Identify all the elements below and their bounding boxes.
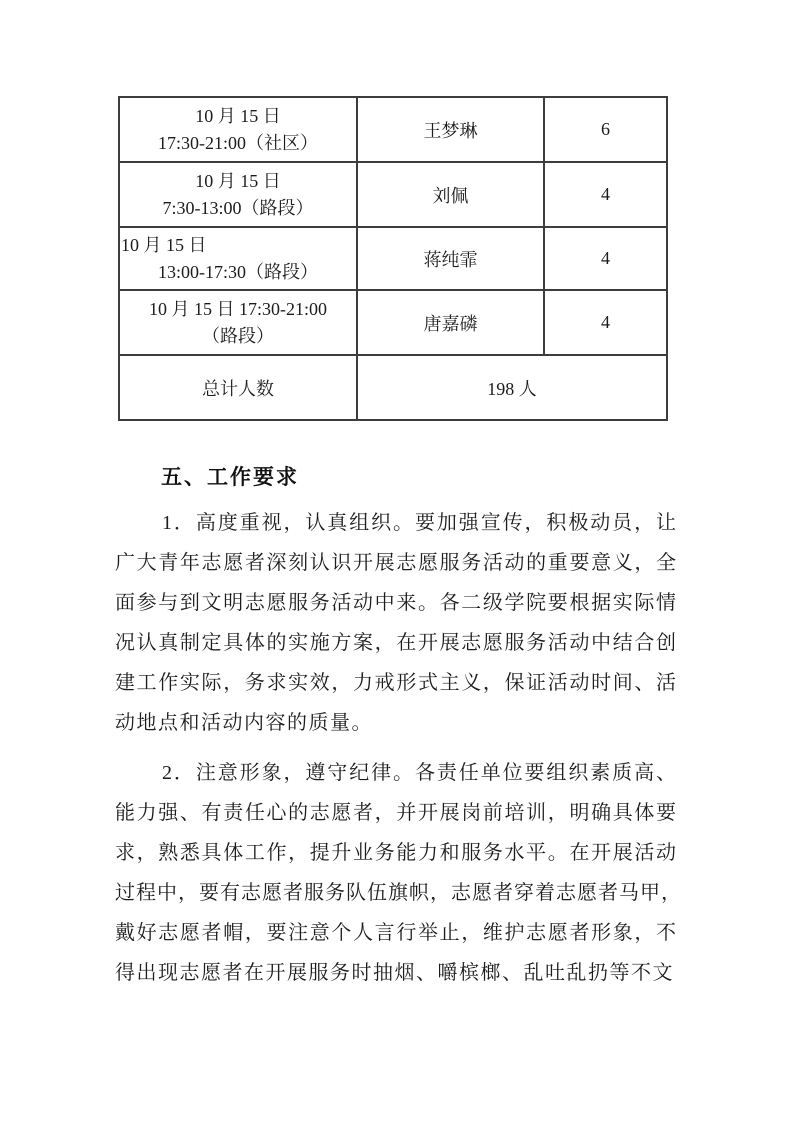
- text-line: 动地点和活动内容的质量。: [115, 703, 677, 743]
- total-label-cell: 总计人数: [119, 355, 357, 420]
- text-line: 能力强、有责任心的志愿者，并开展岗前培训，明确具体要: [115, 793, 677, 833]
- leader-name-cell: 王梦琳: [357, 97, 544, 162]
- table-row: 10 月 15 日 17:30-21:00（社区） 王梦琳 6: [119, 97, 667, 162]
- leader-name-cell: 唐嘉磷: [357, 290, 544, 355]
- text-line: 建工作实际，务求实效，力戒形式主义，保证活动时间、活: [115, 663, 677, 703]
- text-line: 广大青年志愿者深刻认识开展志愿服务活动的重要意义，全: [115, 543, 677, 583]
- time-slot-cell: 10 月 15 日 7:30-13:00（路段）: [119, 162, 357, 227]
- count-cell: 4: [544, 162, 667, 227]
- time-range: 17:30-21:00（社区）: [120, 130, 356, 157]
- time-slot-cell: 10 月 15 日 17:30-21:00 （路段）: [119, 290, 357, 355]
- document-page: 10 月 15 日 17:30-21:00（社区） 王梦琳 6 10 月 15 …: [0, 0, 793, 1122]
- paragraph-2: 2．注意形象，遵守纪律。各责任单位要组织素质高、能力强、有责任心的志愿者，并开展…: [115, 753, 677, 993]
- time-range: （路段）: [120, 323, 356, 350]
- time-range: 7:30-13:00（路段）: [120, 195, 356, 222]
- time-date: 10 月 15 日: [120, 168, 356, 195]
- table-row: 10 月 15 日 13:00-17:30（路段） 蒋纯霏 4: [119, 227, 667, 290]
- count-cell: 6: [544, 97, 667, 162]
- text-line: 过程中，要有志愿者服务队伍旗帜，志愿者穿着志愿者马甲，: [115, 873, 677, 913]
- text-line: 求，熟悉具体工作，提升业务能力和服务水平。在开展活动: [115, 833, 677, 873]
- time-date: 10 月 15 日 17:30-21:00: [120, 296, 356, 323]
- section-heading: 五、工作要求: [161, 461, 299, 491]
- table-total-row: 总计人数 198 人: [119, 355, 667, 420]
- count-cell: 4: [544, 227, 667, 290]
- paragraph-1: 1．高度重视，认真组织。要加强宣传，积极动员，让广大青年志愿者深刻认识开展志愿服…: [115, 503, 677, 743]
- total-value-cell: 198 人: [357, 355, 667, 420]
- time-slot-cell: 10 月 15 日 13:00-17:30（路段）: [119, 227, 357, 290]
- leader-name-cell: 蒋纯霏: [357, 227, 544, 290]
- time-date: 10 月 15 日: [120, 232, 356, 259]
- time-date: 10 月 15 日: [120, 103, 356, 130]
- text-line: 得出现志愿者在开展服务时抽烟、嚼槟榔、乱吐乱扔等不文: [115, 953, 677, 993]
- table-row: 10 月 15 日 7:30-13:00（路段） 刘佩 4: [119, 162, 667, 227]
- text-line: 况认真制定具体的实施方案，在开展志愿服务活动中结合创: [115, 623, 677, 663]
- time-range: 13:00-17:30（路段）: [120, 259, 356, 286]
- count-cell: 4: [544, 290, 667, 355]
- text-line: 2．注意形象，遵守纪律。各责任单位要组织素质高、: [115, 753, 677, 793]
- schedule-table: 10 月 15 日 17:30-21:00（社区） 王梦琳 6 10 月 15 …: [118, 96, 668, 421]
- time-slot-cell: 10 月 15 日 17:30-21:00（社区）: [119, 97, 357, 162]
- text-line: 1．高度重视，认真组织。要加强宣传，积极动员，让: [115, 503, 677, 543]
- leader-name-cell: 刘佩: [357, 162, 544, 227]
- table-row: 10 月 15 日 17:30-21:00 （路段） 唐嘉磷 4: [119, 290, 667, 355]
- text-line: 面参与到文明志愿服务活动中来。各二级学院要根据实际情: [115, 583, 677, 623]
- text-line: 戴好志愿者帽，要注意个人言行举止，维护志愿者形象，不: [115, 913, 677, 953]
